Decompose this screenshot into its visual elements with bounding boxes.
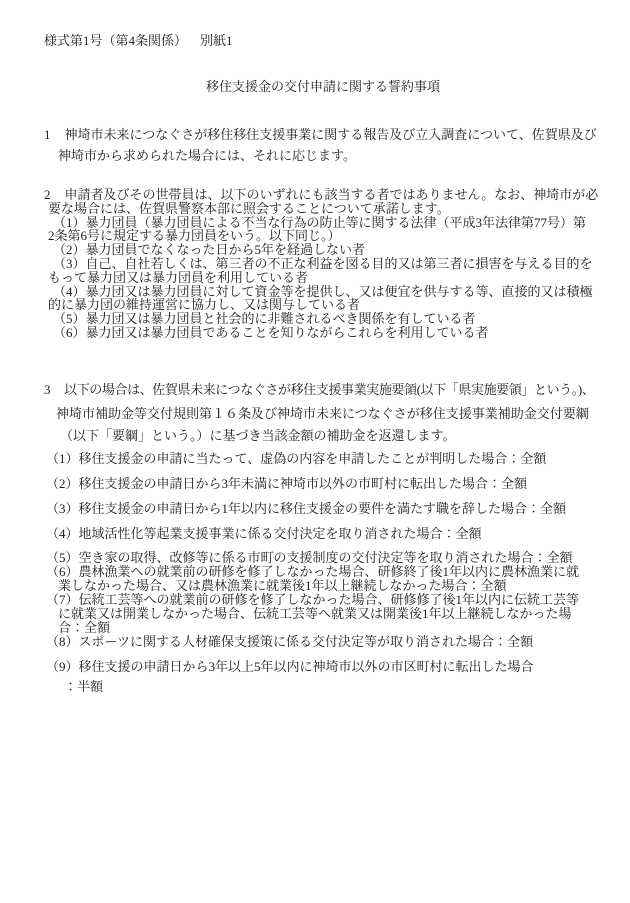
attachment-label: 別紙1 — [200, 33, 233, 48]
section-number: 2 — [44, 187, 51, 202]
list-item: （5）空き家の取得、改修等に係る市町の支援制度の交付決定等を取り消された場合：全… — [46, 551, 602, 565]
list-item: （8）スポーツに関する人材確保支援策に係る交付決定等が取り消された場合：全額 — [46, 635, 602, 649]
document-body: 様式第1号（第4条関係）別紙1 移住支援金の交付申請に関する誓約事項 1神埼市未… — [0, 0, 630, 694]
list-item: （6）農林漁業への就業前の研修を修了しなかった場合、研修終了後1年以内に農林漁業… — [46, 565, 602, 579]
list-item: （1）暴力団員（暴力団員による不当な行為の防止等に関する法律（平成3年法律第77… — [53, 216, 602, 230]
section-number: 3 — [44, 382, 50, 397]
section-1: 1神埼市未来につなぐさが移住移住支援事業に関する報告及び立入調査について、佐賀県… — [44, 128, 602, 163]
list-item: （2）暴力団員でなくなった日から5年を経過しない者 — [53, 243, 602, 257]
document-line: 神埼市補助金等交付規則第１６条及び神埼市未来につなぐさが移住支援事業補助金交付要… — [56, 407, 602, 421]
section-3: 3以下の場合は、佐賀県未来につなぐさが移住支援事業実施要領(以下「県実施要領」と… — [44, 383, 602, 694]
section-1-heading: 1神埼市未来につなぐさが移住移住支援事業に関する報告及び立入調査について、佐賀県… — [44, 128, 602, 142]
document-line: 的に暴力団の維持運営に協力し、又は関与している者 — [48, 298, 602, 312]
document-line: ：半額 — [64, 680, 602, 694]
document-line: （以下「要綱」という。）に基づき当該金額の補助金を返還します。 — [60, 429, 602, 443]
list-item: （1）移住支援金の申請に当たって、虚偽の内容を申請したことが判明した場合：全額 — [46, 452, 602, 466]
section-text: 以下の場合は、佐賀県未来につなぐさが移住支援事業実施要領(以下「県実施要領」とい… — [64, 382, 594, 397]
section-text: 申請者及びその世帯員は、以下のいずれにも該当する者ではありません。なお、神埼市が… — [65, 187, 599, 202]
document-line: もって暴力団又は暴力団員を利用している者 — [48, 271, 602, 285]
list-item: （7）伝統工芸等への就業前の研修を修了しなかった場合、研修修了後1年以内に伝統工… — [46, 593, 602, 607]
document-line: 合：全額 — [58, 621, 602, 635]
form-number-label: 様式第1号（第4条関係） — [44, 33, 187, 48]
list-item: （2）移住支援金の申請日から3年未満に神埼市以外の市町村に転出した場合：全額 — [46, 477, 602, 491]
section-2-heading: 2申請者及びその世帯員は、以下のいずれにも該当する者ではありません。なお、神埼市… — [44, 188, 602, 202]
section-text: 神埼市未来につなぐさが移住移住支援事業に関する報告及び立入調査について、佐賀県及… — [65, 127, 597, 142]
list-item: （3）移住支援金の申請日から1年以内に移住支援金の要件を満たす職を辞した場合：全… — [46, 502, 602, 516]
document-page: { "header": { "form_number": "様式第1号（第4条関… — [0, 0, 630, 903]
section-2: 2申請者及びその世帯員は、以下のいずれにも該当する者ではありません。なお、神埼市… — [44, 188, 602, 340]
document-title: 移住支援金の交付申請に関する誓約事項 — [44, 80, 602, 94]
list-item: （6）暴力団又は暴力団員であることを知りながらこれらを利用している者 — [53, 326, 602, 340]
document-line: 神埼市から求められた場合には、それに応じます。 — [58, 149, 602, 163]
list-item: （5）暴力団又は暴力団員と社会的に非難されるべき関係を有している者 — [53, 312, 602, 326]
section-3-heading: 3以下の場合は、佐賀県未来につなぐさが移住支援事業実施要領(以下「県実施要領」と… — [44, 383, 602, 397]
list-item: （3）自己、自社若しくは、第三者の不正な利益を図る目的又は第三者に損害を与える目… — [53, 257, 602, 271]
document-line: 2条第6号に規定する暴力団員をいう。以下同じ。） — [48, 229, 602, 243]
section-number: 1 — [44, 127, 51, 142]
list-item: （4）暴力団又は暴力団員に対して資金等を提供し、又は便宜を供与する等、直接的又は… — [53, 285, 602, 299]
document-line: 業しなかった場合、又は農林漁業に就業後1年以上継続しなかった場合：全額 — [58, 579, 602, 593]
document-line: に就業又は開業しなかった場合、伝統工芸等へ就業又は開業後1年以上継続しなかった場 — [58, 607, 602, 621]
form-header-line: 様式第1号（第4条関係）別紙1 — [44, 34, 602, 48]
document-line: 要な場合には、佐賀県警察本部に照会することについて承諾します。 — [48, 202, 602, 216]
list-item: （4）地域活性化等起業支援事業に係る交付決定を取り消された場合：全額 — [46, 527, 602, 541]
list-item: （9）移住支援の申請日から3年以上5年以内に神埼市以外の市区町村に転出した場合 — [46, 660, 602, 674]
